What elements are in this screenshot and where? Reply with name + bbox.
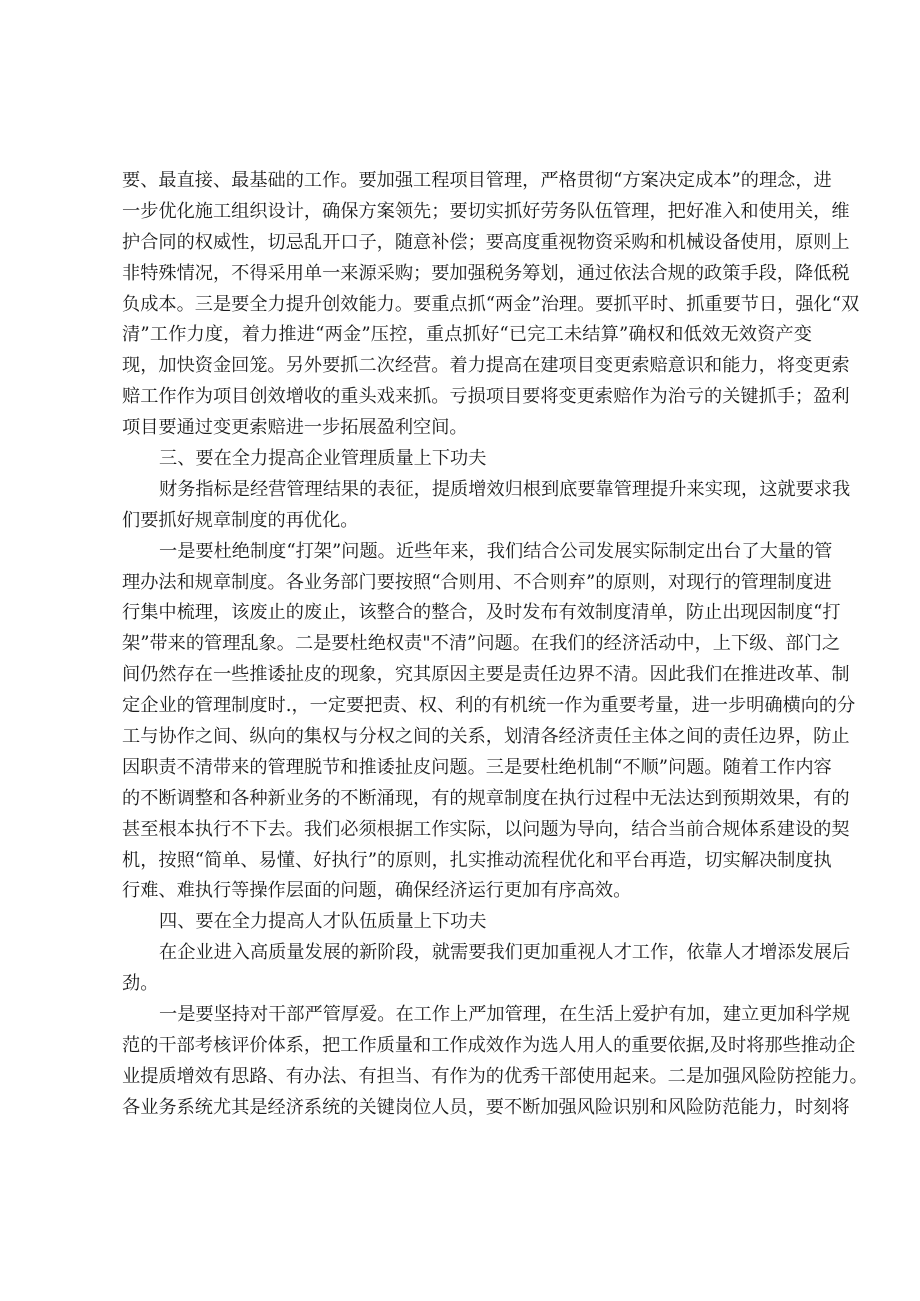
- paragraph-line: 甚至根本执行不下去。我们必须根据工作实际，以问题为导向，结合当前合规体系建设的契: [122, 815, 812, 846]
- paragraph-line: 架”带来的管理乱象。二是要杜绝权责"不清”问题。在我们的经济活动中，上下级、部门…: [122, 629, 812, 660]
- paragraph-line: 各业务系统尤其是经济系统的关键岗位人员，要不断加强风险识别和风险防范能力，时刻将: [122, 1093, 812, 1124]
- paragraph-line: 现，加快资金回笼。另外要抓二次经营。着力提高在建项目变更索赔意识和能力，将变更索: [122, 351, 812, 382]
- paragraph-line: 一是要坚持对干部严管厚爱。在工作上严加管理，在生活上爱护有加，建立更加科学规: [122, 1000, 812, 1031]
- section-heading-3: 三、要在全力提高企业管理质量上下功夫: [122, 444, 812, 475]
- paragraph-line: 理办法和规章制度。各业务部门要按照“合则用、不合则弃”的原则，对现行的管理制度进: [122, 568, 812, 599]
- section-heading-4: 四、要在全力提高人才队伍质量上下功夫: [122, 907, 812, 938]
- paragraph-line: 护合同的权威性，切忌乱开口子，随意补偿；要高度重视物资采购和机械设备使用，原则上: [122, 228, 812, 259]
- paragraph-line: 负成本。三是要全力提升创效能力。要重点抓“两金”治理。要抓平时、抓重要节日，强化…: [122, 290, 812, 321]
- paragraph-line: 行集中梳理，该废止的废止，该整合的整合，及时发布有效制度清单，防止出现因制度“打: [122, 598, 812, 629]
- paragraph-line: 项目要通过变更索赔进一步拓展盈利空间。: [122, 413, 812, 444]
- paragraph-line: 一步优化施工组织设计，确保方案领先；要切实抓好劳务队伍管理，把好准入和使用关，维: [122, 197, 812, 228]
- paragraph-line: 定企业的管理制度时.，一定要把责、权、利的有机统一作为重要考量，进一步明确横向的…: [122, 691, 812, 722]
- document-page: 要、最直接、最基础的工作。要加强工程项目管理，严格贯彻“方案决定成本”的理念，进…: [0, 0, 920, 1301]
- paragraph-line: 要、最直接、最基础的工作。要加强工程项目管理，严格贯彻“方案决定成本”的理念，进: [122, 166, 812, 197]
- paragraph-line: 行难、难执行等操作层面的问题，确保经济运行更加有序高效。: [122, 876, 812, 907]
- paragraph-line: 间仍然存在一些推诿扯皮的现象，究其原因主要是责任边界不清。因此我们在推进改革、制: [122, 660, 812, 691]
- paragraph-line: 们要抓好规章制度的再优化。: [122, 506, 812, 537]
- paragraph-line: 业提质增效有思路、有办法、有担当、有作为的优秀干部使用起来。二是加强风险防控能力…: [122, 1062, 812, 1093]
- paragraph-line: 非特殊情况，不得采用单一来源采购；要加强税务筹划，通过依法合规的政策手段，降低税: [122, 259, 812, 290]
- paragraph-line: 在企业进入高质量发展的新阶段，就需要我们更加重视人才工作，依靠人才增添发展后: [122, 938, 812, 969]
- paragraph-line: 一是要杜绝制度“打架”问题。近些年来，我们结合公司发展实际制定出台了大量的管: [122, 537, 812, 568]
- paragraph-line: 机，按照“简单、易懂、好执行”的原则，扎实推动流程优化和平台再造，切实解决制度执: [122, 846, 812, 877]
- paragraph-line: 因职责不清带来的管理脱节和推诿扯皮问题。三是要杜绝机制“不顺”问题。随着工作内容: [122, 753, 812, 784]
- paragraph-line: 赔工作作为项目创效增收的重头戏来抓。亏损项目要将变更索赔作为治亏的关键抓手；盈利: [122, 382, 812, 413]
- paragraph-line: 的不断调整和各种新业务的不断涌现，有的规章制度在执行过程中无法达到预期效果，有的: [122, 784, 812, 815]
- paragraph-line: 清”工作力度，着力推进“两金”压控，重点抓好“已完工未结算”确权和低效无效资产变: [122, 320, 812, 351]
- document-body: 要、最直接、最基础的工作。要加强工程项目管理，严格贯彻“方案决定成本”的理念，进…: [122, 166, 812, 1124]
- paragraph-line: 范的干部考核评价体系，把工作质量和工作成效作为选人用人的重要依据,及时将那些推动…: [122, 1031, 812, 1062]
- paragraph-line: 劲。: [122, 969, 812, 1000]
- paragraph-line: 工与协作之间、纵向的集权与分权之间的关系，划清各经济责任主体之间的责任边界，防止: [122, 722, 812, 753]
- paragraph-line: 财务指标是经营管理结果的表征，提质增效归根到底要靠管理提升来实现，这就要求我: [122, 475, 812, 506]
